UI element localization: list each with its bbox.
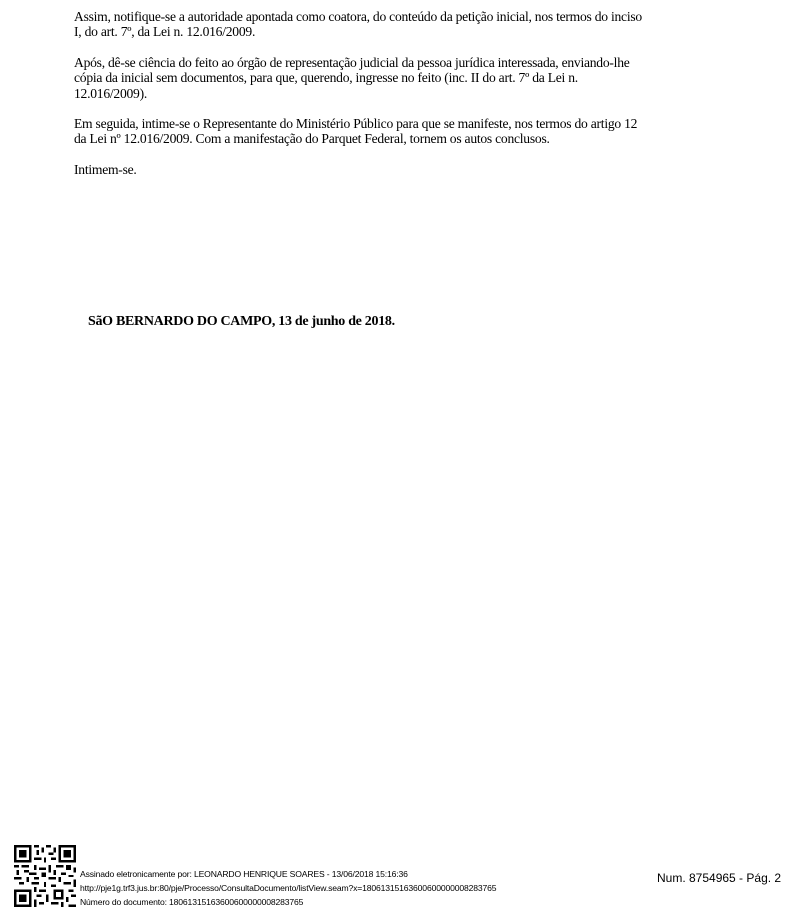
text-line: Após, dê-se ciência do feito ao órgão de…	[74, 55, 630, 70]
paragraph-intimem: Intimem-se.	[74, 162, 137, 177]
paragraph-legal-representation: Após, dê-se ciência do feito ao órgão de…	[74, 55, 630, 101]
place-date: SãO BERNARDO DO CAMPO, 13 de junho de 20…	[88, 314, 395, 330]
document-number-text: Número do documento: 1806131516360060000…	[80, 897, 303, 907]
text-line: 12.016/2009).	[74, 86, 630, 101]
paragraph-ministerio-publico: Em seguida, intime-se o Representante do…	[74, 116, 637, 147]
text-line: Intimem-se.	[74, 162, 137, 177]
text-line: da Lei nº 12.016/2009. Com a manifestaçã…	[74, 131, 637, 146]
signed-by-text: Assinado eletronicamente por: LEONARDO H…	[80, 869, 408, 879]
qr-code-icon	[14, 845, 76, 907]
paragraph-notification: Assim, notifique-se a autoridade apontad…	[74, 9, 642, 40]
page-number: Num. 8754965 - Pág. 2	[657, 871, 781, 885]
text-line: I, do art. 7º, da Lei n. 12.016/2009.	[74, 24, 642, 39]
text-line: cópia da inicial sem documentos, para qu…	[74, 70, 630, 85]
text-line: Em seguida, intime-se o Representante do…	[74, 116, 637, 131]
signature-footer: Assinado eletronicamente por: LEONARDO H…	[0, 840, 793, 922]
document-url-link[interactable]: http://pje1g.trf3.jus.br:80/pje/Processo…	[80, 883, 496, 893]
text-line: Assim, notifique-se a autoridade apontad…	[74, 9, 642, 24]
